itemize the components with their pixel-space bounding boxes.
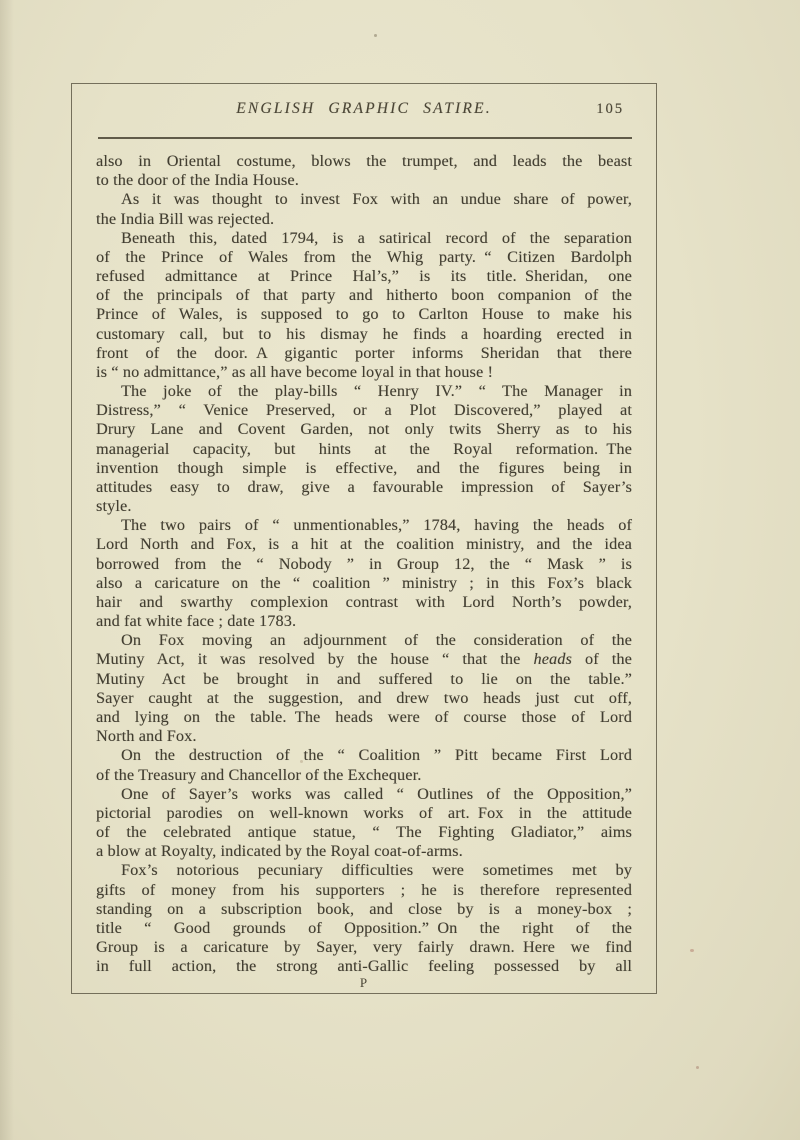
text-line: of the principals of that party and hith…	[96, 286, 632, 305]
text-line: Mutiny Act, it was resolved by the house…	[96, 650, 632, 669]
text-line: attitudes easy to draw, give a favourabl…	[96, 478, 632, 497]
paper-speck	[690, 949, 694, 952]
paper-speck	[696, 1066, 699, 1069]
text-line: standing on a subscription book, and clo…	[96, 900, 632, 919]
text-line: The joke of the play-bills “ Henry IV.” …	[96, 382, 632, 401]
text-line: As it was thought to invest Fox with an …	[96, 190, 632, 209]
page-border-frame: ENGLISH GRAPHIC SATIRE. 105 also in Orie…	[71, 83, 657, 994]
text-line: Sayer caught at the suggestion, and drew…	[96, 689, 632, 708]
text-line: a blow at Royalty, indicated by the Roya…	[96, 842, 632, 861]
text-line: front of the door. A gigantic porter inf…	[96, 344, 632, 363]
text-line: North and Fox.	[96, 727, 632, 746]
text-line: On the destruction of the “ Coalition ” …	[96, 746, 632, 765]
text-line: of the celebrated antique statue, “ The …	[96, 823, 632, 842]
text-line: of the Prince of Wales from the Whig par…	[96, 248, 632, 267]
text-line: and fat white face ; date 1783.	[96, 612, 632, 631]
text-line: One of Sayer’s works was called “ Outlin…	[96, 785, 632, 804]
text-line: gifts of money from his supporters ; he …	[96, 881, 632, 900]
text-line: borrowed from the “ Nobody ” in Group 12…	[96, 555, 632, 574]
running-head-title: ENGLISH GRAPHIC SATIRE.	[96, 100, 632, 118]
page-header: ENGLISH GRAPHIC SATIRE. 105	[96, 100, 632, 122]
text-line: style.	[96, 497, 632, 516]
text-line: invention though simple is effective, an…	[96, 459, 632, 478]
body-text: also in Oriental costume, blows the trum…	[96, 152, 632, 976]
text-line: also in Oriental costume, blows the trum…	[96, 152, 632, 171]
scanned-book-page: { "page": { "header": { "title": "ENGLIS…	[0, 0, 800, 1140]
text-line: managerial capacity, but hints at the Ro…	[96, 440, 632, 459]
binding-edge-shadow	[0, 0, 14, 1140]
signature-mark: P	[96, 975, 632, 991]
text-line: On Fox moving an adjournment of the cons…	[96, 631, 632, 650]
text-line: the India Bill was rejected.	[96, 210, 632, 229]
text-line: is “ no admittance,” as all have become …	[96, 363, 632, 382]
paper-speck	[374, 34, 377, 37]
text-line: pictorial parodies on well-known works o…	[96, 804, 632, 823]
header-rule	[98, 137, 632, 139]
page-number: 105	[596, 101, 624, 118]
text-line: of the Treasury and Chancellor of the Ex…	[96, 766, 632, 785]
text-line: Distress,” “ Venice Preserved, or a Plot…	[96, 401, 632, 420]
text-line: and lying on the table. The heads were o…	[96, 708, 632, 727]
text-line: Lord North and Fox, is a hit at the coal…	[96, 535, 632, 554]
text-line: Drury Lane and Covent Garden, not only t…	[96, 420, 632, 439]
text-line: Fox’s notorious pecuniary difficulties w…	[96, 861, 632, 880]
text-line: title “ Good grounds of Opposition.” On …	[96, 919, 632, 938]
text-line: also a caricature on the “ coalition ” m…	[96, 574, 632, 593]
text-line: customary call, but to his dismay he fin…	[96, 325, 632, 344]
text-line: Mutiny Act be brought in and suffered to…	[96, 670, 632, 689]
text-line: Beneath this, dated 1794, is a satirical…	[96, 229, 632, 248]
text-line: refused admittance at Prince Hal’s,” is …	[96, 267, 632, 286]
text-line: Group is a caricature by Sayer, very fai…	[96, 938, 632, 957]
text-line: hair and swarthy complexion contrast wit…	[96, 593, 632, 612]
text-line: in full action, the strong anti-Gallic f…	[96, 957, 632, 976]
text-line: The two pairs of “ unmentionables,” 1784…	[96, 516, 632, 535]
text-line: Prince of Wales, is supposed to go to Ca…	[96, 305, 632, 324]
text-line: to the door of the India House.	[96, 171, 632, 190]
